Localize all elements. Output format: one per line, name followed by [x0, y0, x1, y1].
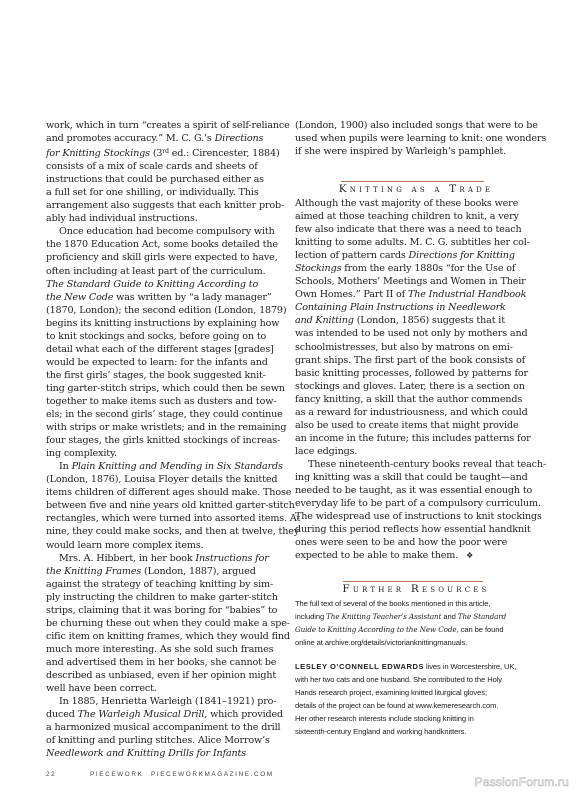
text-line: also be used to create items that might …	[295, 419, 537, 432]
text-line: few also indicate that there was a need …	[295, 223, 537, 236]
resources-divider-rule	[343, 581, 483, 582]
text-line: an income in the future; this includes p…	[295, 432, 537, 445]
further-resources-text: The full text of several of the books me…	[295, 597, 545, 649]
italic-title: Containing Plain Instructions in Needlew…	[295, 302, 506, 313]
italic-title: The Warleigh Musical Drill	[78, 709, 205, 720]
magazine-website: PIECEWORKMAGAZINE.COM	[151, 771, 274, 778]
text-line: In 1885, Henrietta Warleigh (1841–1921) …	[46, 695, 282, 708]
text-line: begins its knitting instructions by expl…	[46, 317, 282, 330]
text-line: everyday life to be part of a compulsory…	[295, 497, 537, 510]
italic-title: Needlework and Knitting Drills for Infan…	[46, 748, 246, 759]
page-number: 22	[46, 771, 56, 778]
text-line: The widespread use of instructions to kn…	[295, 510, 537, 523]
text-line: ply instructing the children to make gar…	[46, 591, 282, 604]
text-line: nine, they could make socks, and then at…	[46, 525, 282, 538]
italic-title: the Knitting Frames	[46, 566, 141, 577]
bio-line: lives in Worcestershire, UK,	[424, 662, 516, 671]
text-line: Stockings from the early 1880s “for the …	[295, 262, 537, 275]
watermark: PassionForum.ru	[475, 775, 569, 789]
italic-title: The Knitting Teacher’s Assistant	[326, 612, 441, 621]
text-line: cific item on knitting frames, which the…	[46, 630, 282, 643]
text-line: needed to be taught, as it was essential…	[295, 484, 537, 497]
text-line: The full text of several of the books me…	[295, 597, 545, 610]
text-line: (1870, London); the second edition (Lond…	[46, 304, 282, 317]
text-line: the first girls’ stages, the book sugges…	[46, 369, 282, 382]
text-line: knitting to some adults. M. C. G. subtit…	[295, 236, 537, 249]
section-divider-rule	[341, 181, 484, 182]
text-line: basic knitting processes, followed by pa…	[295, 367, 537, 380]
bio-line: sixteenth-century England and working ha…	[295, 727, 466, 736]
text-line: the Knitting Frames (London, 1887), argu…	[46, 565, 282, 578]
text-line: ting garter-stitch strips, which could t…	[46, 382, 282, 395]
text-line: The Standard Guide to Knitting According…	[46, 278, 282, 291]
italic-title: The Standard	[458, 612, 506, 621]
text-line: be churning these out when they could ma…	[46, 617, 282, 630]
italic-title: Directions for Knitting	[409, 250, 515, 261]
text-line: Containing Plain Instructions in Needlew…	[295, 301, 537, 314]
text-line: (London, 1900) also included songs that …	[295, 119, 537, 132]
superscript: rd	[162, 148, 168, 155]
end-ornament-icon: ❖	[466, 551, 473, 560]
text-line: (London, 1876), Louisa Floyer details th…	[46, 473, 282, 486]
text-line: with strips or make wristlets; and in th…	[46, 421, 282, 434]
text-line: ing complexity.	[46, 447, 282, 460]
text-line: together to make items such as dusters a…	[46, 395, 282, 408]
text-line: rectangles, which were turned into assor…	[46, 512, 282, 525]
text-line: used when pupils were learning to knit: …	[295, 132, 537, 145]
text-line: was intended to be used not only by moth…	[295, 327, 537, 340]
text-line: for Knitting Stockings (3rd ed.: Cirence…	[46, 145, 282, 160]
text-line: schoolmistresses, but also by matrons on…	[295, 341, 537, 354]
text-line: Although the vast majority of these book…	[295, 197, 537, 210]
bio-line: Her other research interests include sto…	[295, 714, 474, 723]
text-line: four stages, the girls knitted stockings…	[46, 434, 282, 447]
text-line: fancy knitting, a skill that the author …	[295, 393, 537, 406]
text-line: items children of different ages should …	[46, 486, 282, 499]
text-line: Once education had become compulsory wit…	[46, 225, 282, 238]
text-line: described as unbiased, even if her opini…	[46, 669, 282, 682]
text-line: to knit stockings and socks, before goin…	[46, 330, 282, 343]
text-line: These nineteenth-century books reveal th…	[295, 458, 537, 471]
text-line: often including at least part of the cur…	[46, 265, 282, 278]
text-line: as a reward for industriousness, and whi…	[295, 406, 537, 419]
text-line: would learn more complex items.	[46, 539, 282, 552]
text-line: els; in the second girls’ stage, they co…	[46, 408, 282, 421]
italic-title: The Industrial Handbook	[408, 289, 526, 300]
italic-title: Directions	[215, 133, 264, 144]
text-line: stockings and gloves. Later, there is a …	[295, 380, 537, 393]
text-line: the New Code was written by “a lady mana…	[46, 291, 282, 304]
text-line: ably had individual instructions.	[46, 212, 282, 225]
text-line: against the strategy of teaching knittin…	[46, 578, 282, 591]
text-line: much more interesting. As she sold such …	[46, 643, 282, 656]
italic-title: Guide to Knitting According to the New C…	[295, 625, 459, 634]
italic-title: for Knitting Stockings	[46, 148, 150, 159]
text-line: Schools, Mothers’ Meetings and Women in …	[295, 275, 537, 288]
text-line: a full set for one shilling, or individu…	[46, 186, 282, 199]
text-line: consists of a mix of scale cards and she…	[46, 160, 282, 173]
text-line: of knitting and purling stitches. Alice …	[46, 734, 282, 747]
text-line: proficiency and skill girls were expecte…	[46, 251, 282, 264]
text-line: and Knitting (London, 1856) suggests tha…	[295, 314, 537, 327]
text-line: grant ships. The first part of the book …	[295, 354, 537, 367]
text-line: Guide to Knitting According to the New C…	[295, 623, 545, 636]
text-line: In Plain Knitting and Mending in Six Sta…	[46, 460, 282, 473]
text-line: lace edgings.	[295, 445, 537, 458]
text-line: ing knitting was a skill that could be t…	[295, 471, 537, 484]
text-line: between five and nine years old knitted …	[46, 499, 282, 512]
text-line: Own Homes.” Part II of The Industrial Ha…	[295, 288, 537, 301]
text-line: and promotes accuracy.” M. C. G.’s Direc…	[46, 132, 282, 145]
right-column-intro: (London, 1900) also included songs that …	[295, 119, 537, 158]
section-heading-further-resources: Further Resources	[295, 583, 537, 595]
text-line: during this period reflects how essentia…	[295, 523, 537, 536]
text-line: ones were seen to be and how the poor we…	[295, 536, 537, 549]
bio-line: details of the project can be found at w…	[295, 701, 498, 710]
author-bio: LESLEY O’CONNELL EDWARDS lives in Worces…	[295, 660, 555, 738]
text-line: arrangement also suggests that each knit…	[46, 199, 282, 212]
text-line: online at archive.org/details/victoriank…	[295, 636, 545, 649]
text-line: detail what each of the different stages…	[46, 343, 282, 356]
left-column: work, which in turn “creates a spirit of…	[46, 119, 282, 760]
text-line: work, which in turn “creates a spirit of…	[46, 119, 282, 132]
bio-line: with her two cats and one husband. She c…	[295, 675, 502, 684]
author-name: LESLEY O’CONNELL EDWARDS	[295, 662, 424, 671]
text-line: well have been correct.	[46, 682, 282, 695]
text-line: expected to be able to make them.❖	[295, 549, 537, 562]
text-line: if she were inspired by Warleigh’s pamph…	[295, 145, 537, 158]
text-line: including The Knitting Teacher’s Assista…	[295, 610, 545, 623]
text-line: instructions that could be purchased eit…	[46, 173, 282, 186]
text-line: aimed at those teaching children to knit…	[295, 210, 537, 223]
text-line: strips, claiming that it was boring for …	[46, 604, 282, 617]
section-heading-knitting-as-a-trade: Knitting as a Trade	[295, 183, 537, 195]
magazine-name: PIECEWORK	[90, 771, 143, 778]
text-line: Mrs. A. Hibbert, in her book Instruction…	[46, 552, 282, 565]
text-line: a harmonized musical accompaniment to th…	[46, 721, 282, 734]
right-column-section: Although the vast majority of these book…	[295, 197, 537, 562]
italic-title: Stockings	[295, 263, 341, 274]
italic-title: The Standard Guide to Knitting According…	[46, 279, 258, 290]
text-line: the 1870 Education Act, some books detai…	[46, 238, 282, 251]
text-line: and advertised them in her books, she ca…	[46, 656, 282, 669]
italic-title: Instructions for	[195, 553, 268, 564]
italic-title: the New Code	[46, 292, 113, 303]
italic-title: Plain Knitting and Mending in Six Standa…	[72, 461, 283, 472]
bio-line: Hands research project, examining knitte…	[295, 688, 487, 697]
text-line: duced The Warleigh Musical Drill, which …	[46, 708, 282, 721]
text-line: lection of pattern cards Directions for …	[295, 249, 537, 262]
text-line: Needlework and Knitting Drills for Infan…	[46, 747, 282, 760]
text-line: would be expected to learn: for the infa…	[46, 356, 282, 369]
italic-title: and Knitting	[295, 315, 354, 326]
